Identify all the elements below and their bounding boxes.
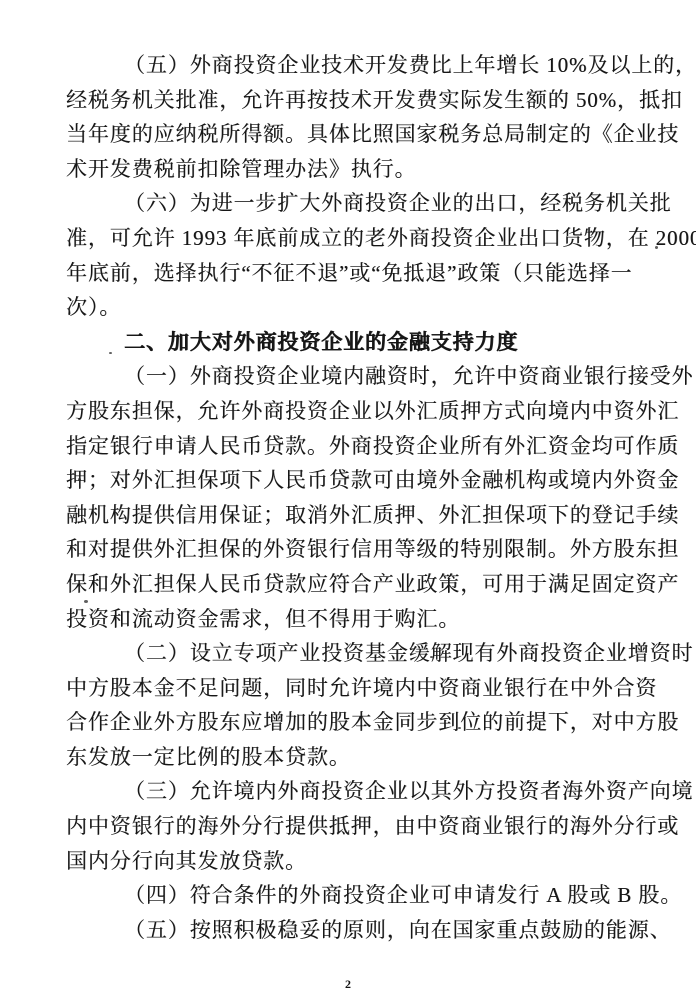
text-line: 方股东担保，允许外商投资企业以外汇质押方式向境内中资外汇 (66, 394, 646, 429)
document-body: （五）外商投资企业技术开发费比上年增长 10%及以上的，经税务机关批准，允许再按… (66, 48, 646, 947)
scan-speck (78, 478, 81, 481)
text-line: 保和外汇担保人民币贷款应符合产业政策，可用于满足固定资产 (66, 567, 646, 602)
text-line: （五）外商投资企业技术开发费比上年增长 10%及以上的， (66, 48, 646, 83)
text-line: 合作企业外方股东应增加的股本金同步到位的前提下，对中方股 (66, 705, 646, 740)
text-line: 东发放一定比例的股本贷款。 (66, 740, 646, 775)
scan-speck (84, 600, 88, 603)
text-line: 术开发费税前扣除管理办法》执行。 (66, 152, 646, 187)
text-line: 年底前，选择执行“不征不退”或“免抵退”政策（只能选择一 (66, 256, 646, 291)
scan-speck (458, 727, 461, 729)
text-line: 投资和流动资金需求，但不得用于购汇。 (66, 602, 646, 637)
scan-speck (109, 352, 112, 354)
text-line: 中方股本金不足问题，同时允许境内中资商业银行在中外合资 (66, 671, 646, 706)
text-line: 当年度的应纳税所得额。具体比照国家税务总局制定的《企业技 (66, 117, 646, 152)
text-line: 次）。 (66, 290, 646, 325)
text-line: （二）设立专项产业投资基金缓解现有外商投资企业增资时 (66, 636, 646, 671)
text-line: 和对提供外汇担保的外资银行信用等级的特别限制。外方股东担 (66, 532, 646, 567)
scan-speck (430, 656, 433, 658)
text-line: 准，可允许 1993 年底前成立的老外商投资企业出口货物，在 2000 (66, 221, 646, 256)
text-line: 融机构提供信用保证；取消外汇质押、外汇担保项下的登记手续 (66, 498, 646, 533)
text-line: 押；对外汇担保项下人民币贷款可由境外金融机构或境内外资金 (66, 463, 646, 498)
text-line: （六）为进一步扩大外商投资企业的出口，经税务机关批 (66, 186, 646, 221)
page-number: 2 (0, 977, 696, 992)
scan-speck (655, 246, 658, 249)
text-line: 经税务机关批准，允许再按技术开发费实际发生额的 50%，抵扣 (66, 83, 646, 118)
text-line: （四）符合条件的外商投资企业可申请发行 A 股或 B 股。 (66, 878, 646, 913)
text-line: 国内分行向其发放贷款。 (66, 844, 646, 879)
scanned-document-page: （五）外商投资企业技术开发费比上年增长 10%及以上的，经税务机关批准，允许再按… (0, 0, 696, 1003)
text-line: 指定银行申请人民币贷款。外商投资企业所有外汇资金均可作质 (66, 429, 646, 464)
section-heading: 二、加大对外商投资企业的金融支持力度 (66, 325, 646, 360)
scan-speck (615, 790, 618, 793)
scan-speck (336, 92, 340, 94)
text-line: （五）按照积极稳妥的原则，向在国家重点鼓励的能源、 (66, 913, 646, 948)
text-line: （一）外商投资企业境内融资时，允许中资商业银行接受外 (66, 359, 646, 394)
text-line: （三）允许境内外商投资企业以其外方投资者海外资产向境 (66, 774, 646, 809)
text-line: 内中资银行的海外分行提供抵押，由中资商业银行的海外分行或 (66, 809, 646, 844)
